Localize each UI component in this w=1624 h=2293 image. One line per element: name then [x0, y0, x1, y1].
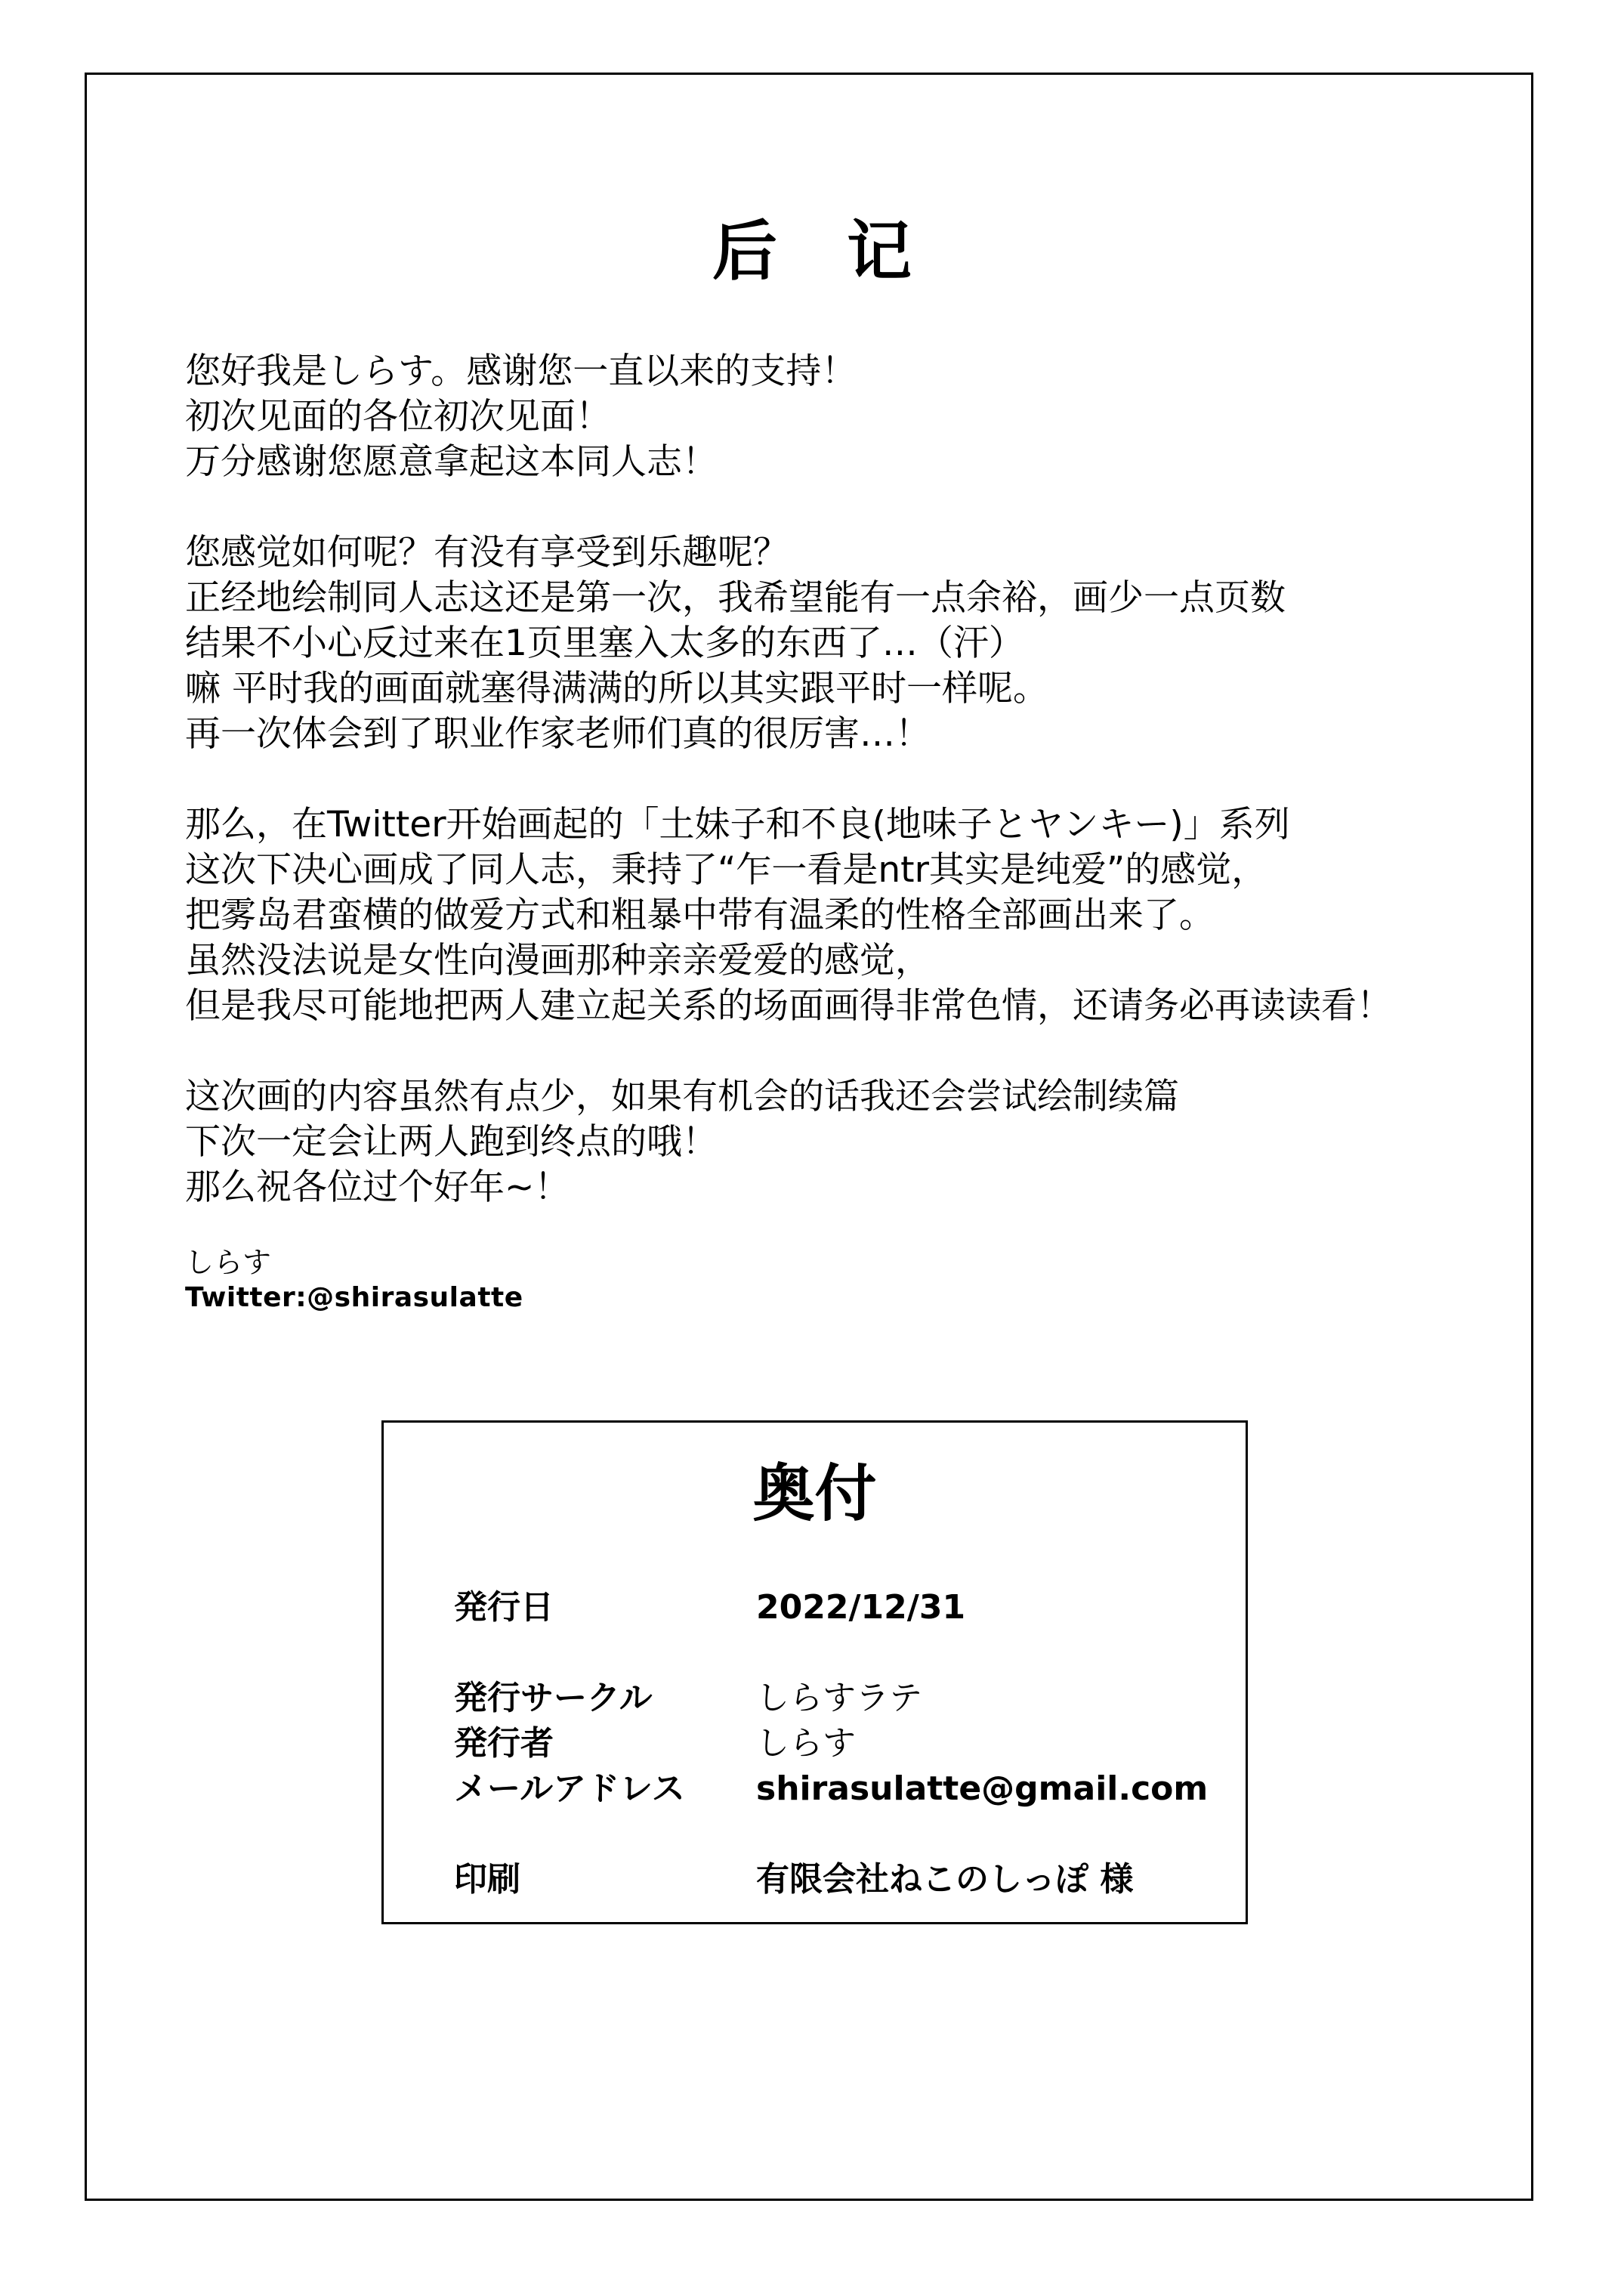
text-line: 这次画的内容虽然有点少，如果有机会的话我还会尝试绘制续篇	[185, 1074, 1530, 1120]
text-line: 初次见面的各位初次见面！	[185, 394, 1530, 440]
text-line: 结果不小心反过来在1页里塞入太多的东西了…（汗）	[185, 621, 1530, 666]
colophon-box: 奥付 発行日 2022/12/31 発行サークル しらすラテ 発行者 しらす メ…	[381, 1420, 1248, 1924]
afterword-title-char: 记	[847, 210, 912, 293]
paragraph-greeting: 您好我是しらす。感谢您一直以来的支持！ 初次见面的各位初次见面！ 万分感谢您愿意…	[185, 349, 1530, 485]
text-line: 下次一定会让两人跑到终点的哦！	[185, 1120, 1530, 1165]
afterword-body: 您好我是しらす。感谢您一直以来的支持！ 初次见面的各位初次见面！ 万分感谢您愿意…	[185, 349, 1530, 1256]
paragraph-impressions: 您感觉如何呢？有没有享受到乐趣呢？ 正经地绘制同人志这还是第一次，我希望能有一点…	[185, 530, 1530, 757]
colophon-value: しらすラテ	[756, 1676, 922, 1721]
colophon-value: 有限会社ねこのしっぽ 様	[756, 1857, 1133, 1902]
text-line: 万分感谢您愿意拿起这本同人志！	[185, 440, 1530, 485]
author-name: しらす	[185, 1245, 523, 1280]
text-line: 虽然没法说是女性向漫画那种亲亲爱爱的感觉，	[185, 938, 1530, 984]
text-line: 再一次体会到了职业作家老师们真的很厉害…！	[185, 712, 1530, 757]
afterword-title: 后记	[0, 210, 1624, 293]
colophon-label: メールアドレス	[454, 1766, 685, 1812]
paragraph-closing: 这次画的内容虽然有点少，如果有机会的话我还会尝试绘制续篇 下次一定会让两人跑到终…	[185, 1074, 1530, 1210]
colophon-value-email: shirasulatte@gmail.com	[756, 1766, 1208, 1812]
text-line: 那么，在Twitter开始画起的「土妹子和不良(地味子とヤンキー)」系列	[185, 802, 1530, 848]
colophon-title: 奥付	[384, 1453, 1246, 1536]
colophon-label: 発行日	[454, 1585, 554, 1630]
text-line: 但是我尽可能地把两人建立起关系的场面画得非常色情，还请务必再读读看！	[185, 984, 1530, 1029]
text-line: 那么祝各位过个好年~！	[185, 1165, 1530, 1210]
text-line: 正经地绘制同人志这还是第一次，我希望能有一点余裕，画少一点页数	[185, 576, 1530, 621]
text-line: 把雾岛君蛮横的做爱方式和粗暴中带有温柔的性格全部画出来了。	[185, 893, 1530, 938]
author-signature: しらす Twitter:@shirasulatte	[185, 1245, 523, 1316]
colophon-value: しらす	[756, 1721, 856, 1766]
colophon-label: 印刷	[454, 1857, 520, 1902]
colophon-label: 発行者	[454, 1721, 554, 1766]
colophon-label: 発行サークル	[454, 1676, 653, 1721]
author-twitter-handle: Twitter:@shirasulatte	[185, 1280, 523, 1316]
paragraph-series: 那么，在Twitter开始画起的「土妹子和不良(地味子とヤンキー)」系列 这次下…	[185, 802, 1530, 1029]
text-line: 嘛 平时我的画面就塞得满满的所以其实跟平时一样呢。	[185, 666, 1530, 712]
afterword-title-char: 后	[712, 210, 777, 293]
text-line: 这次下决心画成了同人志，秉持了“乍一看是ntr其实是纯爱”的感觉，	[185, 848, 1530, 893]
text-line: 您感觉如何呢？有没有享受到乐趣呢？	[185, 530, 1530, 576]
text-line: 您好我是しらす。感谢您一直以来的支持！	[185, 349, 1530, 394]
colophon-value: 2022/12/31	[756, 1585, 965, 1630]
